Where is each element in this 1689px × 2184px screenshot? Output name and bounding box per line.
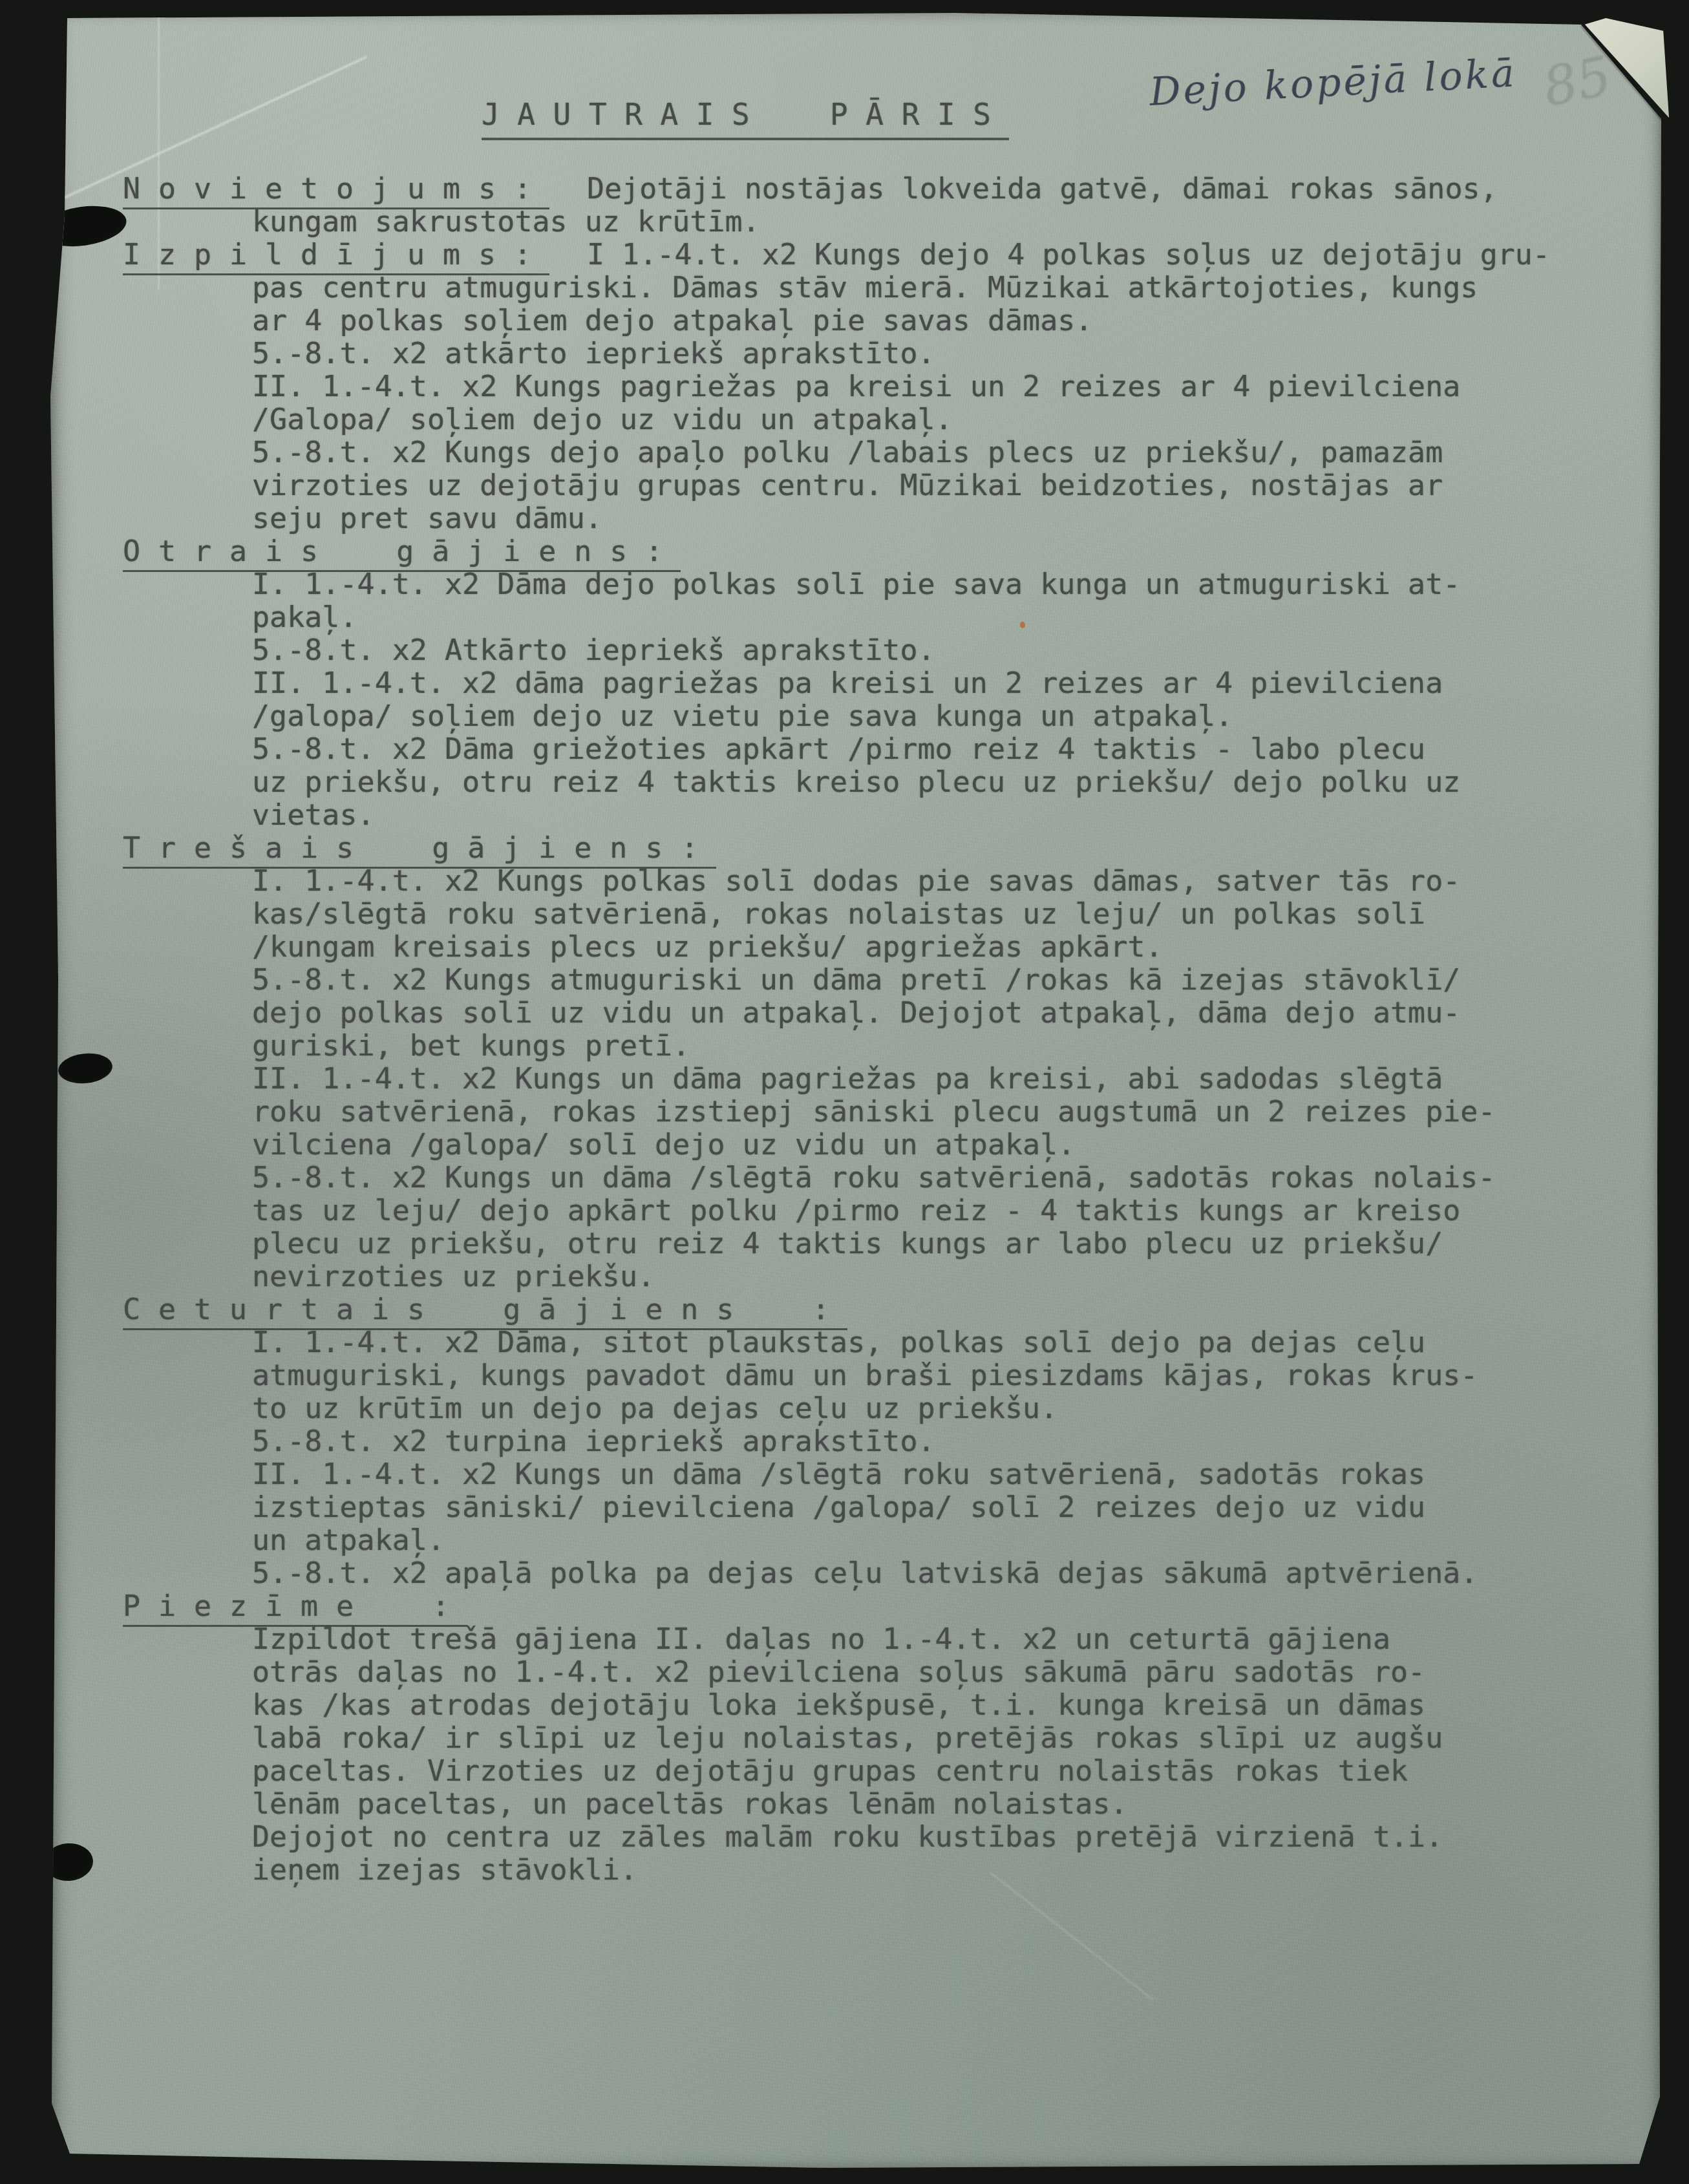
section-first-line: Ceturtais gājiens : <box>252 1293 1571 1326</box>
doc-line: II. 1.-4.t. x2 Kungs pagriežas pa kreisi… <box>252 370 1571 403</box>
doc-line: otrās daļas no 1.-4.t. x2 pievilciena so… <box>252 1655 1571 1688</box>
section-inline-text: I 1.-4.t. x2 Kungs dejo 4 polkas soļus u… <box>587 237 1550 271</box>
doc-line: paceltas. Virzoties uz dejotāju grupas c… <box>252 1754 1571 1787</box>
doc-line: 5.-8.t. x2 Kungs atmuguriski un dāma pre… <box>252 963 1571 996</box>
paper-crease <box>990 1872 1154 2000</box>
pencil-page-number: 85 <box>1538 45 1617 120</box>
doc-line: pakaļ. <box>252 600 1571 633</box>
page-title: JAUTRAIS PĀRIS <box>482 97 1009 140</box>
doc-line: /galopa/ soļiem dejo uz vietu pie sava k… <box>252 699 1571 732</box>
doc-line: seju pret savu dāmu. <box>252 502 1571 535</box>
doc-line: 5.-8.t. x2 Kungs dejo apaļo polku /labai… <box>252 436 1571 469</box>
doc-line: tas uz leju/ dejo apkārt polku /pirmo re… <box>252 1194 1571 1227</box>
doc-line: virzoties uz dejotāju grupas centru. Mūz… <box>252 469 1571 502</box>
doc-line: II. 1.-4.t. x2 Kungs un dāma /slēgtā rok… <box>252 1458 1571 1490</box>
doc-line: I. 1.-4.t. x2 Dāma dejo polkas solī pie … <box>252 567 1571 600</box>
section-inline-text: Dejotāji nostājas lokveida gatvē, dāmai … <box>587 171 1498 206</box>
doc-line: atmuguriski, kungs pavadot dāmu un braši… <box>252 1359 1571 1392</box>
scanned-page: JAUTRAIS PĀRIS Dejo kopējā lokā 85 Novie… <box>50 9 1661 2173</box>
doc-line: roku satvērienā, rokas izstiepj sāniski … <box>252 1095 1571 1128</box>
doc-line: plecu uz priekšu, otru reiz 4 taktis kun… <box>252 1227 1571 1260</box>
doc-line: pas centru atmuguriski. Dāmas stāv mierā… <box>252 271 1571 304</box>
doc-line: vilciena /galopa/ solī dejo uz vidu un a… <box>252 1128 1571 1161</box>
section-first-line: Piezīme : <box>252 1589 1571 1622</box>
doc-line: Dejojot no centra uz zāles malām roku ku… <box>252 1820 1571 1853</box>
doc-line: /Galopa/ soļiem dejo uz vidu un atpakaļ. <box>252 403 1571 436</box>
doc-line: lēnām paceltas, un paceltās rokas lēnām … <box>252 1787 1571 1820</box>
doc-line: kungam sakrustotas uz krūtīm. <box>252 205 1571 238</box>
punch-hole <box>43 1841 94 1882</box>
section-first-line: Novietojums:Dejotāji nostājas lokveida g… <box>252 172 1571 205</box>
section-first-line: Trešais gājiens: <box>252 831 1571 864</box>
doc-line: 5.-8.t. x2 turpina iepriekš aprakstīto. <box>252 1425 1571 1458</box>
doc-line: kas/slēgtā roku satvērienā, rokas nolais… <box>252 897 1571 930</box>
doc-line: /kungam kreisais plecs uz priekšu/ apgri… <box>252 930 1571 963</box>
section-first-line: Otrais gājiens: <box>252 535 1571 567</box>
document-body: Novietojums:Dejotāji nostājas lokveida g… <box>252 172 1571 1886</box>
doc-line: II. 1.-4.t. x2 Kungs un dāma pagriežas p… <box>252 1062 1571 1095</box>
doc-line: nevirzoties uz priekšu. <box>252 1260 1571 1293</box>
doc-line: labā roka/ ir slīpi uz leju nolaistas, p… <box>252 1721 1571 1754</box>
doc-line: dejo polkas solī uz vidu un atpakaļ. Dej… <box>252 996 1571 1029</box>
doc-line: 5.-8.t. x2 Kungs un dāma /slēgtā roku sa… <box>252 1161 1571 1194</box>
punch-hole <box>36 201 129 251</box>
doc-line: I. 1.-4.t. x2 Kungs polkas solī dodas pi… <box>252 864 1571 897</box>
doc-line: 5.-8.t. x2 atkārto iepriekš aprakstīto. <box>252 337 1571 370</box>
doc-line: 5.-8.t. x2 Dāma griežoties apkārt /pirmo… <box>252 732 1571 765</box>
doc-line: 5.-8.t. x2 apaļā polka pa dejas ceļu lat… <box>252 1556 1571 1589</box>
doc-line: izstieptas sāniski/ pievilciena /galopa/… <box>252 1490 1571 1523</box>
section-first-line: Izpildījums:I 1.-4.t. x2 Kungs dejo 4 po… <box>252 238 1571 271</box>
punch-hole <box>57 1051 114 1087</box>
doc-line: uz priekšu, otru reiz 4 taktis kreiso pl… <box>252 765 1571 798</box>
doc-line: vietas. <box>252 798 1571 831</box>
doc-line: to uz krūtīm un dejo pa dejas ceļu uz pr… <box>252 1392 1571 1425</box>
doc-line: II. 1.-4.t. x2 dāma pagriežas pa kreisi … <box>252 666 1571 699</box>
doc-line: 5.-8.t. x2 Atkārto iepriekš aprakstīto. <box>252 633 1571 666</box>
doc-line: Izpildot trešā gājiena II. daļas no 1.-4… <box>252 1622 1571 1655</box>
doc-line: ieņem izejas stāvokli. <box>252 1853 1571 1886</box>
doc-line: guriski, bet kungs pretī. <box>252 1029 1571 1062</box>
doc-line: ar 4 polkas soļiem dejo atpakaļ pie sava… <box>252 304 1571 337</box>
doc-line: kas /kas atrodas dejotāju loka iekšpusē,… <box>252 1688 1571 1721</box>
doc-line: un atpakaļ. <box>252 1523 1571 1556</box>
doc-line: I. 1.-4.t. x2 Dāma, sitot plaukstas, pol… <box>252 1326 1571 1359</box>
